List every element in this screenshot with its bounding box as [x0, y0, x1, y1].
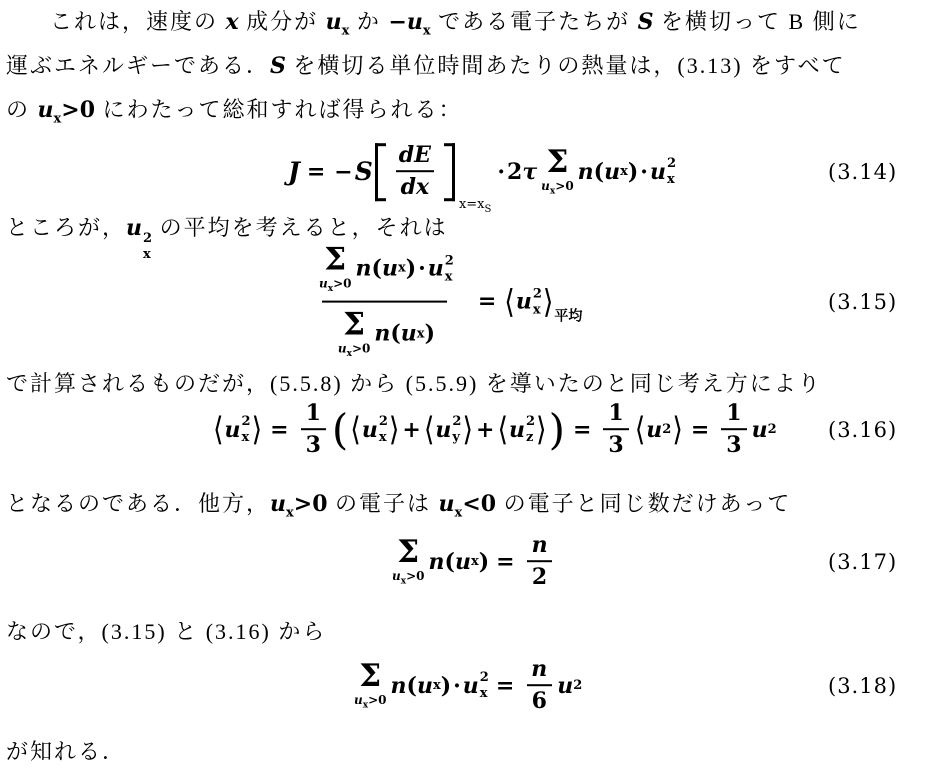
numerator-n: n [526, 657, 552, 684]
x-equals-x: x=x [459, 197, 485, 212]
u-x-squared: u2x [225, 416, 251, 445]
greater-than-zero: >0 [333, 277, 351, 291]
fraction-denominator: Σ ux>0 n(ux) [322, 301, 447, 359]
text-segment: にわたって総和すれば得られる： [95, 97, 463, 122]
left-paren: ( [390, 322, 400, 347]
numerator-1: 1 [301, 401, 326, 428]
greater-than-zero: >0 [368, 693, 386, 707]
var-u: u [455, 549, 471, 575]
multiplication-dot: · [418, 257, 426, 282]
paragraph-3: で計算されるものだが，(5.5.8) から (5.5.9) を導いたのと同じ考え… [6, 368, 822, 400]
denominator-3: 3 [603, 429, 628, 459]
right-angle-bracket: ⟩ [389, 414, 400, 446]
equals-sign: = [496, 549, 514, 575]
text-segment: で計算されるものだが，(5.5.8) から (5.5.9) を導いたのと同じ考え… [6, 371, 822, 396]
paragraph-1-line-3: の ux>0 にわたって総和すれば得られる： [6, 94, 463, 135]
text-segment: これは，速度の [50, 9, 226, 34]
var-u: u [362, 417, 378, 443]
var-J: J [288, 158, 300, 187]
sup-sub-stack: 2y [452, 416, 461, 445]
paragraph-6: が知れる． [6, 736, 126, 768]
left-angle-bracket: ⟨ [497, 414, 508, 446]
equation-label-318: (3.18) [828, 674, 897, 698]
text-segment: を横切る単位時間あたりの熱量は，(3.13) をすべて [286, 53, 846, 78]
numerator-dE: dE [394, 143, 436, 170]
sub-x: x [471, 555, 479, 570]
denominator-2: 2 [527, 561, 552, 591]
paragraph-1-line-2: 運ぶエネルギーである．S を横切る単位時間あたりの熱量は，(3.13) をすべて [6, 50, 846, 82]
var-u: u [650, 159, 666, 185]
sub-x: x [286, 505, 294, 520]
var-u: u [319, 277, 328, 291]
one-third-fraction: 13 [603, 401, 628, 459]
denominator-3: 3 [721, 429, 746, 459]
greater-than-zero: >0 [61, 97, 95, 123]
sub-x: x [480, 688, 488, 701]
multiplication-dot: · [497, 159, 505, 185]
var-n: n [578, 159, 594, 185]
left-angle-bracket: ⟨ [424, 414, 435, 446]
less-than-zero: <0 [462, 491, 496, 517]
equation-314-row: J = − S dE dx x=xS · 2 τ Σ ux>0 n(ux) · [0, 134, 943, 210]
text-segment: の電子は [328, 491, 439, 516]
sum-over-ux-gt0: Σ ux>0 [541, 147, 574, 196]
sup-2: 2 [533, 288, 542, 301]
sum-over-ux-gt0: Σ ux>0 [392, 537, 425, 586]
sup-2: 2 [526, 416, 535, 429]
sup-2: 2 [667, 158, 676, 171]
equation-label-317: (3.17) [828, 550, 897, 574]
var-u: u [270, 491, 286, 517]
sup-2: 2 [379, 416, 388, 429]
avg-ux2-group: ⟨ u2x ⟩ [349, 416, 400, 445]
equation-318: Σ ux>0 n(ux) · u2x = n6 u2 [350, 657, 582, 715]
var-n: n [374, 322, 390, 347]
dE-dx-fraction: dE dx [394, 143, 436, 201]
sub-x: x [433, 679, 441, 694]
equation-317: Σ ux>0 n(ux) = n2 [388, 533, 558, 591]
average-fraction: Σ ux>0 n(ux) · u2x Σ ux>0 n(ux) [303, 245, 466, 360]
sup-2: 2 [662, 423, 671, 438]
var-tau: τ [522, 159, 537, 185]
sub-x: x [423, 23, 431, 38]
var-n: n [356, 257, 372, 282]
sum-limit: ux>0 [541, 180, 574, 196]
left-angle-bracket: ⟨ [350, 414, 361, 446]
sub-x: x [379, 432, 387, 445]
equation-314: J = − S dE dx x=xS · 2 τ Σ ux>0 n(ux) · [288, 141, 676, 203]
equals-sign: = [307, 159, 325, 185]
var-u: u [439, 491, 455, 517]
avg-uz2-group: ⟨ u2z ⟩ [496, 416, 547, 445]
left-paren: ( [407, 673, 417, 699]
var-u: u [463, 673, 479, 699]
sum-over-ux-gt0: Σ ux>0 [354, 661, 387, 710]
var-u: u [646, 417, 662, 443]
greater-than-zero: >0 [352, 342, 370, 356]
u-squared: u2 [752, 417, 777, 443]
sub-s: S [485, 204, 492, 215]
bracketed-derivative: dE dx [375, 141, 455, 203]
multiplication-dot: · [453, 673, 461, 699]
var-u: u [326, 9, 342, 35]
var-u: u [225, 417, 241, 443]
numerator-1: 1 [603, 401, 628, 428]
average-angle-group: ⟨ u2x ⟩ 平均 [503, 288, 582, 317]
right-paren: ) [441, 673, 451, 699]
denominator-6: 6 [527, 685, 552, 715]
text-segment: か [349, 9, 388, 34]
big-right-paren: ) [549, 412, 565, 448]
textbook-page: これは，速度の x 成分が ux か −ux である電子たちが S を横切って … [0, 0, 943, 769]
right-angle-bracket: ⟩ [672, 414, 683, 446]
u-x-squared: u2x [362, 416, 388, 445]
sub-x: x [398, 262, 406, 277]
sum-over-ux-gt0: Σ ux>0 [338, 310, 371, 359]
var-u: u [435, 417, 451, 443]
u-y-squared: u2y [435, 416, 461, 445]
numerator-1: 1 [721, 401, 746, 428]
sum-limit: ux>0 [392, 570, 425, 586]
sup-sub-stack: 2x [667, 158, 676, 187]
var-u: u [557, 673, 573, 699]
paragraph-5: なので，(3.15) と (3.16) から [6, 616, 326, 648]
paragraph-4: となるのである．他方，ux>0 の電子は ux<0 の電子と同じ数だけあって [6, 488, 791, 529]
sup-2: 2 [480, 672, 489, 685]
sup-2: 2 [445, 255, 454, 268]
sup-sub-stack: 2x [242, 416, 251, 445]
u-z-squared: u2z [509, 416, 535, 445]
var-u: u [516, 289, 532, 315]
sup-2: 2 [143, 232, 152, 245]
avg-ux2-group: ⟨ u2x ⟩ [212, 416, 263, 445]
sub-x: x [242, 432, 250, 445]
var-S: S [355, 158, 373, 187]
left-paren: ( [594, 159, 604, 185]
denominator-3: 3 [301, 429, 326, 459]
text-segment: の [6, 97, 38, 122]
left-paren: ( [372, 257, 382, 282]
greater-than-zero: >0 [294, 491, 328, 517]
u-x-squared: u2x [428, 255, 454, 284]
average-kanji-subscript: 平均 [554, 306, 582, 326]
var-u: u [407, 9, 423, 35]
paragraph-1-line-1: これは，速度の x 成分が ux か −ux である電子たちが S を横切って … [50, 6, 861, 47]
plus-sign: + [402, 417, 420, 443]
sup-2: 2 [573, 679, 582, 694]
equation-315-row: Σ ux>0 n(ux) · u2x Σ ux>0 n(ux) = ⟨ [0, 248, 943, 356]
sub-x: x [445, 271, 453, 284]
left-angle-bracket: ⟨ [635, 414, 646, 446]
var-u: u [338, 342, 347, 356]
sub-y: y [452, 432, 460, 445]
coefficient-2: 2 [507, 159, 522, 185]
text-segment: の電子と同じ数だけあって [496, 491, 791, 516]
var-u: u [752, 417, 768, 443]
equation-318-row: Σ ux>0 n(ux) · u2x = n6 u2 (3.18) [0, 654, 943, 718]
evaluated-at-subscript: x=xS [459, 197, 491, 215]
sup-sub-stack: 2x [379, 416, 388, 445]
equation-316-row: ⟨ u2x ⟩ = 13 ( ⟨ u2x ⟩ + ⟨ u2y ⟩ + ⟨ u2z [0, 398, 943, 462]
var-u: u [604, 159, 620, 185]
sum-over-ux-gt0: Σ ux>0 [319, 245, 352, 294]
equals-sign: = [573, 417, 591, 443]
numerator-n: n [527, 533, 553, 560]
plus-sign: + [476, 417, 494, 443]
sigma-icon: Σ [546, 147, 568, 178]
sup-2: 2 [768, 423, 777, 438]
sup-sub-stack: 2x [445, 255, 454, 284]
fraction-numerator: Σ ux>0 n(ux) · u2x [303, 245, 466, 301]
left-square-bracket [375, 143, 386, 201]
one-third-fraction: 13 [301, 401, 326, 459]
equals-sign: = [691, 417, 709, 443]
equation-317-row: Σ ux>0 n(ux) = n2 (3.17) [0, 530, 943, 594]
var-u: u [417, 673, 433, 699]
var-u: u [392, 569, 401, 583]
left-angle-bracket: ⟨ [213, 414, 224, 446]
text-segment: ところが， [6, 215, 126, 240]
var-u: u [401, 322, 417, 347]
u-x-squared: u2x [516, 288, 542, 317]
var-u: u [509, 417, 525, 443]
minus-sign: − [388, 9, 406, 35]
sup-2: 2 [452, 416, 461, 429]
u-x-squared: u2x [650, 158, 676, 187]
sub-x: x [533, 304, 541, 317]
avg-u2-group: ⟨ u2 ⟩ [634, 417, 684, 444]
sub-x: x [620, 165, 628, 180]
equals-sign: = [270, 417, 288, 443]
var-S: S [270, 53, 286, 79]
one-third-fraction: 13 [721, 401, 746, 459]
var-u: u [382, 257, 398, 282]
var-u: u [428, 257, 444, 282]
sup-2: 2 [242, 416, 251, 429]
right-paren: ) [479, 549, 489, 575]
left-angle-bracket: ⟨ [504, 286, 515, 318]
var-S: S [638, 9, 654, 35]
denominator-dx: dx [396, 171, 435, 201]
equals-sign: = [496, 673, 514, 699]
var-u: u [38, 97, 54, 123]
var-n: n [429, 549, 445, 575]
text-segment: の平均を考えると，それは [152, 215, 448, 240]
right-square-bracket [444, 143, 455, 201]
right-paren: ) [628, 159, 638, 185]
left-paren: ( [445, 549, 455, 575]
text-segment: である電子たちが [431, 9, 638, 34]
u-squared: u2 [557, 673, 582, 699]
sub-x: x [417, 327, 425, 342]
sigma-icon: Σ [324, 245, 346, 276]
n-over-2-fraction: n2 [527, 533, 553, 591]
text-segment: が知れる． [6, 739, 126, 764]
greater-than-zero: >0 [555, 179, 573, 193]
text-segment: 運ぶエネルギーである． [6, 53, 270, 78]
text-segment: 成分が [239, 9, 326, 34]
avg-uy2-group: ⟨ u2y ⟩ [423, 416, 474, 445]
var-u: u [126, 215, 142, 241]
var-n: n [391, 673, 407, 699]
sup-sub-stack: 2x [533, 288, 542, 317]
equation-315: Σ ux>0 n(ux) · u2x Σ ux>0 n(ux) = ⟨ [298, 245, 582, 360]
equation-label-316: (3.16) [828, 418, 897, 442]
minus-sign: − [334, 159, 352, 185]
sigma-icon: Σ [397, 537, 419, 568]
right-angle-bracket: ⟩ [543, 286, 554, 318]
sum-limit: ux>0 [319, 278, 352, 294]
right-angle-bracket: ⟩ [536, 414, 547, 446]
sub-z: z [526, 432, 533, 445]
sup-sub-stack: 2z [526, 416, 535, 445]
greater-than-zero: >0 [406, 569, 424, 583]
n-over-6-fraction: n6 [526, 657, 552, 715]
sigma-icon: Σ [343, 310, 365, 341]
right-angle-bracket: ⟩ [462, 414, 473, 446]
equals-sign: = [478, 289, 496, 315]
var-u: u [541, 179, 550, 193]
right-paren: ) [406, 257, 416, 282]
right-angle-bracket: ⟩ [252, 414, 263, 446]
var-u: u [354, 693, 363, 707]
text-segment: なので，(3.15) と (3.16) から [6, 619, 326, 644]
multiplication-dot: · [640, 159, 648, 185]
sum-limit: ux>0 [338, 343, 371, 359]
right-paren: ) [425, 322, 435, 347]
big-left-paren: ( [332, 412, 348, 448]
var-x: x [226, 9, 239, 35]
sigma-icon: Σ [359, 661, 381, 692]
equation-label-315: (3.15) [828, 290, 897, 314]
sub-x: x [667, 174, 675, 187]
u-x-squared: u2x [463, 672, 489, 701]
equation-label-314: (3.14) [828, 160, 897, 184]
sum-limit: ux>0 [354, 694, 387, 710]
text-segment: を横切って B 側に [654, 9, 861, 34]
equation-316: ⟨ u2x ⟩ = 13 ( ⟨ u2x ⟩ + ⟨ u2y ⟩ + ⟨ u2z [212, 401, 777, 459]
sup-sub-stack: 2x [480, 672, 489, 701]
text-segment: となるのである．他方， [6, 491, 270, 516]
